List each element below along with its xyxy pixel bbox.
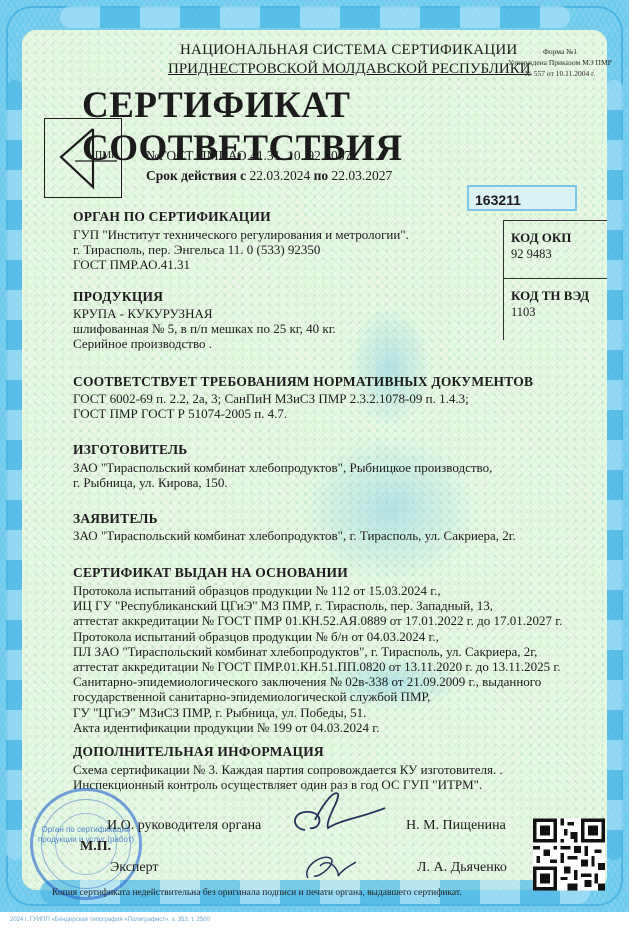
text-line: ЗАО "Тираспольский комбинат хлебопродукт… [73, 528, 516, 543]
text-line: Акта идентификации продукции № 199 от 04… [73, 720, 562, 735]
form-number: Форма №1 [490, 46, 629, 57]
text-line: ИЦ ГУ "Республиканский ЦГиЭ" МЗ ПМР, г. … [73, 598, 562, 613]
pmr-conformity-mark-icon: ПМР [44, 118, 122, 198]
text-line: Протокола испытаний образцов продукции №… [73, 629, 562, 644]
tnved-code-box: КОД ТН ВЭД 1103 [503, 278, 607, 340]
basis-heading: СЕРТИФИКАТ ВЫДАН НА ОСНОВАНИИ [73, 565, 348, 581]
cert-body-text: ГУП "Институт технического регулирования… [73, 227, 409, 273]
tnved-value: 1103 [511, 305, 607, 320]
validity-period: Срок действия с 22.03.2024 по 22.03.2027 [146, 168, 392, 184]
serial-number: 163211 [467, 185, 577, 211]
okp-label: КОД ОКП [511, 230, 607, 246]
text-line: КРУПА - КУКУРУЗНАЯ [73, 306, 336, 321]
head-name: Н. М. Пищенина [406, 818, 506, 834]
manufacturer-heading: ИЗГОТОВИТЕЛЬ [73, 442, 187, 458]
head-signature [280, 790, 390, 838]
text-line: государственной санитарно-эпидемиологиче… [73, 689, 562, 704]
additional-info-text: Схема сертификации № 3. Каждая партия со… [73, 762, 503, 792]
valid-from: 22.03.2024 [250, 168, 311, 183]
okp-code-box: КОД ОКП 92 9483 [503, 220, 607, 278]
form-approval-note: Форма №1 Утверждена Приказом МЭ ПМР № 55… [490, 46, 629, 79]
text-line: Санитарно-эпидемиологического заключения… [73, 674, 562, 689]
text-line: ГУП "Институт технического регулирования… [73, 227, 409, 242]
printer-imprint: 2024 г. ГУИПП «Бендерская типография «По… [10, 917, 210, 923]
text-line: ПЛ ЗАО "Тираспольский комбинат хлебопрод… [73, 644, 562, 659]
product-text: КРУПА - КУКУРУЗНАЯ шлифованная № 5, в п/… [73, 306, 336, 352]
text-line: аттестат аккредитации № ГОСТ ПМР 01.КН.5… [73, 613, 562, 628]
text-line: Серийное производство . [73, 336, 336, 351]
border-wave-top [60, 6, 570, 28]
product-heading: ПРОДУКЦИЯ [73, 289, 163, 305]
text-line: ЗАО "Тираспольский комбинат хлебопродукт… [73, 460, 492, 475]
basis-text: Протокола испытаний образцов продукции №… [73, 583, 562, 735]
head-role-label: И.О. руководителя органа [107, 818, 261, 834]
applicant-text: ЗАО "Тираспольский комбинат хлебопродукт… [73, 528, 516, 543]
qr-code [533, 817, 605, 892]
form-approved-by: Утверждена Приказом МЭ ПМР [490, 57, 629, 68]
cert-body-heading: ОРГАН ПО СЕРТИФИКАЦИИ [73, 209, 271, 225]
tnved-label: КОД ТН ВЭД [511, 288, 607, 304]
text-line: ГОСТ ПМР ГОСТ Р 51074-2005 п. 4.7. [73, 406, 469, 421]
certificate-number: №ГОСТ ПМР.АО.41.31. 10. 92.4087 [146, 148, 351, 164]
conformity-text: ГОСТ 6002-69 п. 2.2, 2а, 3; СанПиН МЗиСЗ… [73, 391, 469, 421]
text-line: г. Рыбница, ул. Кирова, 150. [73, 475, 492, 490]
applicant-heading: ЗАЯВИТЕЛЬ [73, 511, 158, 527]
conformity-heading: СООТВЕТСТВУЕТ ТРЕБОВАНИЯМ НОРМАТИВНЫХ ДО… [73, 374, 533, 390]
system-title-line1: НАЦИОНАЛЬНАЯ СИСТЕМА СЕРТИФИКАЦИИ [180, 42, 517, 59]
additional-info-heading: ДОПОЛНИТЕЛЬНАЯ ИНФОРМАЦИЯ [73, 744, 324, 760]
text-line: аттестат аккредитации № ГОСТ ПМР.01.КН.5… [73, 659, 562, 674]
text-line: г. Тирасполь, пер. Энгельса 11. 0 (533) … [73, 242, 409, 257]
form-order-number: № 557 от 10.11.2004 г. [490, 68, 629, 79]
validity-to-label: по [314, 168, 329, 183]
text-line: шлифованная № 5, в п/п мешках по 25 кг, … [73, 321, 336, 336]
text-line: ГУ "ЦГиЭ" МЗиСЗ ПМР, г. Рыбница, ул. Поб… [73, 705, 562, 720]
validity-label: Срок действия с [146, 168, 246, 183]
text-line: ГОСТ 6002-69 п. 2.2, 2а, 3; СанПиН МЗиСЗ… [73, 391, 469, 406]
expert-signature [300, 848, 360, 884]
pmr-logo-svg: ПМР [45, 119, 121, 197]
copy-disclaimer: Копия сертификата недействительна без ор… [52, 888, 462, 898]
border-wave-right [605, 80, 623, 860]
text-line: Протокола испытаний образцов продукции №… [73, 583, 562, 598]
text-line: ГОСТ ПМР.АО.41.31 [73, 257, 409, 272]
expert-name: Л. А. Дьяченко [417, 860, 507, 876]
expert-role-label: Эксперт [110, 860, 159, 876]
system-title-line2: ПРИДНЕСТРОВСКОЙ МОЛДАВСКОЙ РЕСПУБЛИКИ [168, 61, 531, 78]
seal-label: М.П. [80, 839, 111, 855]
valid-to: 22.03.2027 [332, 168, 393, 183]
manufacturer-text: ЗАО "Тираспольский комбинат хлебопродукт… [73, 460, 492, 490]
certificate-page: НАЦИОНАЛЬНАЯ СИСТЕМА СЕРТИФИКАЦИИ ПРИДНЕ… [0, 0, 629, 930]
svg-text:ПМР: ПМР [95, 150, 117, 161]
text-line: Схема сертификации № 3. Каждая партия со… [73, 762, 503, 777]
okp-value: 92 9483 [511, 247, 607, 262]
